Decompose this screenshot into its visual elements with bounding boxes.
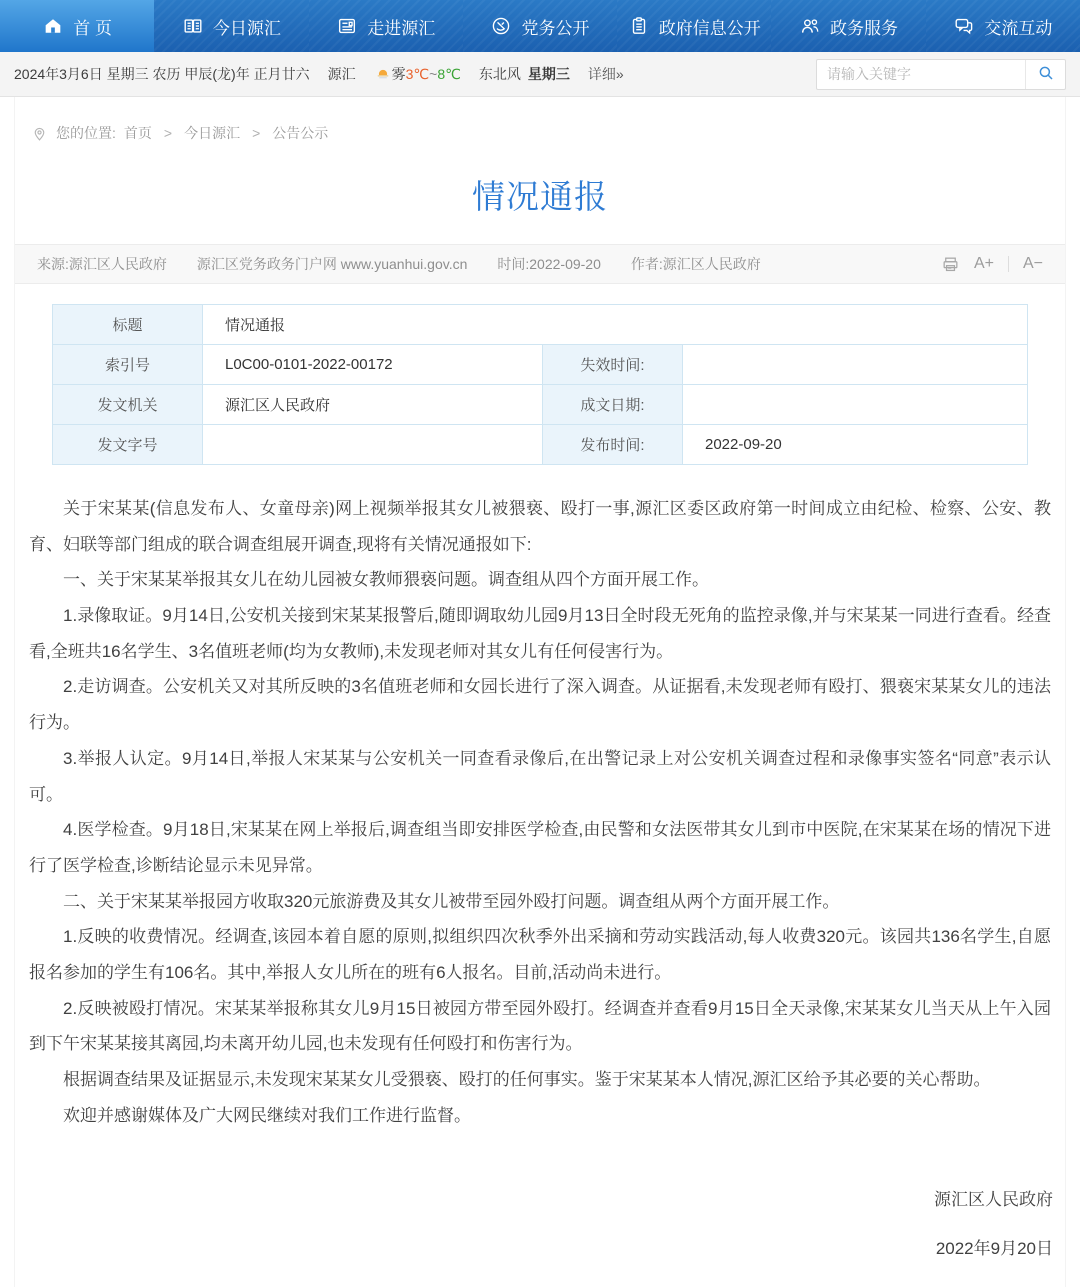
- search-button[interactable]: [1025, 60, 1065, 89]
- field-value-expiry: [683, 345, 1028, 385]
- search-box: [816, 59, 1066, 90]
- city-label[interactable]: 源汇: [328, 64, 356, 84]
- meta-site: 源汇区党务政务门户网 www.yuanhui.gov.cn: [197, 254, 467, 274]
- weather-icon: [374, 65, 392, 83]
- nav-tab-label: 政务服务: [830, 14, 898, 39]
- table-row: 标题 情况通报: [53, 305, 1028, 345]
- field-label-publish-date: 发布时间:: [543, 425, 683, 465]
- search-input[interactable]: [817, 66, 1025, 82]
- nav-tab-label: 走进源汇: [367, 14, 435, 39]
- field-value-doc-number: [203, 425, 543, 465]
- nav-tab-label: 今日源汇: [213, 14, 281, 39]
- field-label-doc-number: 发文字号: [53, 425, 203, 465]
- field-value-index: L0C00-0101-2022-00172: [203, 345, 543, 385]
- signature-org: 源汇区人民政府: [27, 1185, 1053, 1210]
- temp-low: 3℃: [406, 66, 430, 83]
- article-meta-bar: 来源:源汇区人民政府 源汇区党务政务门户网 www.yuanhui.gov.cn…: [15, 244, 1065, 284]
- breadcrumb-item-today[interactable]: 今日源汇: [184, 123, 240, 143]
- temp-high: 8℃: [437, 66, 461, 83]
- font-larger-button[interactable]: A+: [974, 255, 994, 273]
- nav-tab-label: 交流互动: [984, 14, 1052, 39]
- meta-source: 来源:源汇区人民政府: [37, 254, 167, 274]
- divider: [1008, 256, 1009, 272]
- nav-tab-interaction[interactable]: 交流互动: [926, 0, 1080, 52]
- chat-icon: [953, 15, 975, 37]
- article-body: 关于宋某某(信息发布人、女童母亲)网上视频举报其女儿被猥亵、殴打一事,源汇区委区…: [15, 465, 1065, 1133]
- breadcrumb-item-home[interactable]: 首页: [124, 123, 152, 143]
- wind-text: 东北风: [479, 64, 521, 84]
- print-icon[interactable]: [941, 255, 960, 274]
- signature-date: 2022年9月20日: [27, 1234, 1053, 1259]
- meta-author: 作者:源汇区人民政府: [631, 254, 761, 274]
- signature-block: 源汇区人民政府 2022年9月20日: [15, 1133, 1065, 1259]
- field-value-title: 情况通报: [203, 305, 1028, 345]
- nav-tab-today-yuanhui[interactable]: 今日源汇: [154, 0, 308, 52]
- paragraph: 关于宋某某(信息发布人、女童母亲)网上视频举报其女儿被猥亵、殴打一事,源汇区委区…: [29, 491, 1051, 562]
- content-container: 您的位置: 首页 > 今日源汇 > 公告公示 情况通报 来源:源汇区人民政府 源…: [14, 97, 1066, 1287]
- breadcrumb-prefix: 您的位置:: [56, 123, 116, 143]
- breadcrumb: 您的位置: 首页 > 今日源汇 > 公告公示: [15, 97, 1065, 151]
- paragraph: 1.录像取证。9月14日,公安机关接到宋某某报警后,随即调取幼儿园9月13日全时…: [29, 598, 1051, 669]
- paragraph: 根据调查结果及证据显示,未发现宋某某女儿受猥亵、殴打的任何事实。鉴于宋某某本人情…: [29, 1062, 1051, 1098]
- weather-detail-link[interactable]: 详细»: [588, 64, 624, 84]
- weather-text: 雾: [392, 64, 406, 84]
- temp-separator: ~: [429, 66, 437, 82]
- nav-tab-gov-services[interactable]: 政务服务: [771, 0, 925, 52]
- nav-tab-label: 党务公开: [521, 14, 589, 39]
- field-value-issuer: 源汇区人民政府: [203, 385, 543, 425]
- paragraph: 2.走访调查。公安机关又对其所反映的3名值班老师和女园长进行了深入调查。从证据看…: [29, 669, 1051, 740]
- nav-tab-enter-yuanhui[interactable]: 走进源汇: [309, 0, 463, 52]
- nav-tab-label: 政府信息公开: [659, 14, 761, 39]
- table-row: 发文字号 发布时间: 2022-09-20: [53, 425, 1028, 465]
- breadcrumb-separator: >: [248, 125, 264, 141]
- page-title: 情况通报: [15, 151, 1065, 244]
- clipboard-icon: [628, 15, 650, 37]
- paragraph: 二、关于宋某某举报园方收取320元旅游费及其女儿被带至园外殴打问题。调查组从两个…: [29, 884, 1051, 920]
- paragraph: 3.举报人认定。9月14日,举报人宋某某与公安机关一同查看录像后,在出警记录上对…: [29, 741, 1051, 812]
- paragraph: 欢迎并感谢媒体及广大网民继续对我们工作进行监督。: [29, 1098, 1051, 1134]
- search-icon: [1037, 64, 1055, 85]
- newspaper-icon: [336, 15, 358, 37]
- field-label-expiry: 失效时间:: [543, 345, 683, 385]
- field-label-issuer: 发文机关: [53, 385, 203, 425]
- field-label-title: 标题: [53, 305, 203, 345]
- date-text: 2024年3月6日 星期三 农历 甲辰(龙)年 正月廿六: [14, 64, 310, 84]
- paragraph: 2.反映被殴打情况。宋某某举报称其女儿9月15日被园方带至园外殴打。经调查并查看…: [29, 991, 1051, 1062]
- paragraph: 4.医学检查。9月18日,宋某某在网上举报后,调查组当即安排医学检查,由民警和女…: [29, 812, 1051, 883]
- font-smaller-button[interactable]: A−: [1023, 255, 1043, 273]
- nav-tab-party-affairs[interactable]: 党务公开: [463, 0, 617, 52]
- top-navigation: 首 页 今日源汇 走进源汇 党务公开 政府信息公开: [0, 0, 1080, 52]
- party-emblem-icon: [490, 15, 512, 37]
- paragraph: 一、关于宋某某举报其女儿在幼儿园被女教师猥亵问题。调查组从四个方面开展工作。: [29, 562, 1051, 598]
- field-value-publish-date: 2022-09-20: [683, 425, 1028, 465]
- location-pin-icon: [31, 125, 48, 142]
- people-icon: [799, 15, 821, 37]
- table-row: 发文机关 源汇区人民政府 成文日期:: [53, 385, 1028, 425]
- breadcrumb-separator: >: [160, 125, 176, 141]
- nav-tab-label: 首 页: [73, 14, 112, 39]
- meta-tools: A+ A−: [941, 255, 1043, 274]
- info-bar: 2024年3月6日 星期三 农历 甲辰(龙)年 正月廿六 源汇 雾 3℃ ~ 8…: [0, 52, 1080, 97]
- home-icon: [42, 15, 64, 37]
- breadcrumb-item-notices[interactable]: 公告公示: [272, 123, 328, 143]
- paragraph: 1.反映的收费情况。经调查,该园本着自愿的原则,拟组织四次秋季外出采摘和劳动实践…: [29, 919, 1051, 990]
- nav-tab-home[interactable]: 首 页: [0, 0, 154, 52]
- document-info-table: 标题 情况通报 索引号 L0C00-0101-2022-00172 失效时间: …: [52, 304, 1028, 465]
- page: 首 页 今日源汇 走进源汇 党务公开 政府信息公开: [0, 0, 1080, 1287]
- field-value-written-date: [683, 385, 1028, 425]
- field-label-written-date: 成文日期:: [543, 385, 683, 425]
- meta-time: 时间:2022-09-20: [497, 254, 601, 274]
- table-row: 索引号 L0C00-0101-2022-00172 失效时间:: [53, 345, 1028, 385]
- weekday-text: 星期三: [528, 64, 570, 84]
- field-label-index: 索引号: [53, 345, 203, 385]
- book-icon: [182, 15, 204, 37]
- nav-tab-gov-info[interactable]: 政府信息公开: [617, 0, 771, 52]
